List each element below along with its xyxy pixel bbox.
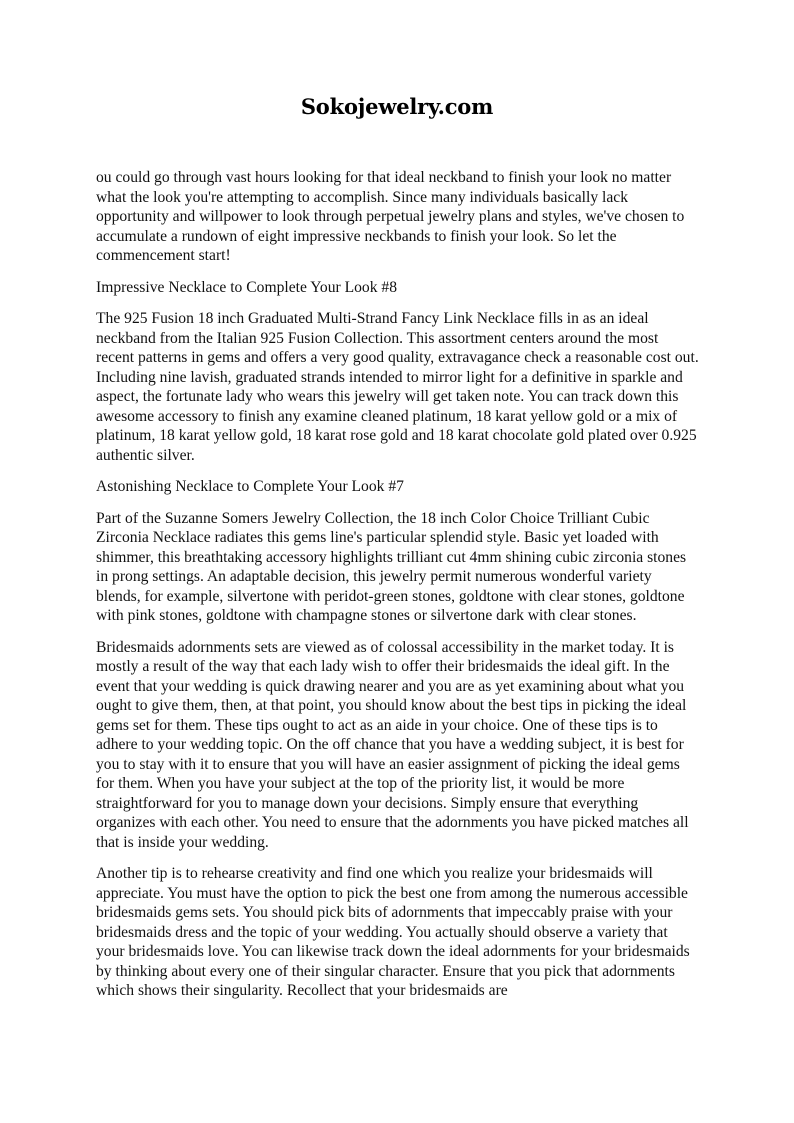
paragraph-another-tip: Another tip is to rehearse creativity an… xyxy=(96,864,700,1001)
document-page: Sokojewelry.com ou could go through vast… xyxy=(0,0,794,1123)
paragraph-bridesmaids-sets: Bridesmaids adornments sets are viewed a… xyxy=(96,638,700,853)
site-title: Sokojewelry.com xyxy=(0,92,794,122)
intro-paragraph: ou could go through vast hours looking f… xyxy=(96,168,700,266)
section-heading-necklace-8: Impressive Necklace to Complete Your Loo… xyxy=(96,278,700,298)
article-body: ou could go through vast hours looking f… xyxy=(96,168,700,1013)
section-body-necklace-8: The 925 Fusion 18 inch Graduated Multi-S… xyxy=(96,309,700,465)
section-heading-necklace-7: Astonishing Necklace to Complete Your Lo… xyxy=(96,477,700,497)
section-body-necklace-7: Part of the Suzanne Somers Jewelry Colle… xyxy=(96,509,700,626)
